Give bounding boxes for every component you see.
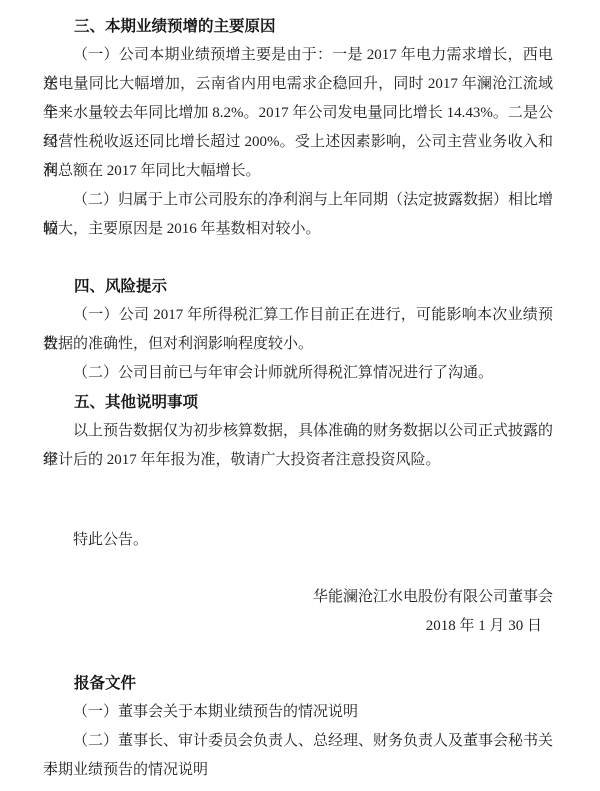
section4-paragraph2-line: （二）公司目前已与年审会计师就所得税汇算情况进行了沟通。 bbox=[43, 359, 553, 388]
section4-paragraph1-line: 数据的准确性，但对利润影响程度较小。 bbox=[43, 330, 553, 359]
section5-paragraph1-line: 审计后的 2017 年年报为准，敬请广大投资者注意投资风险。 bbox=[43, 446, 553, 475]
signature-date: 2018 年 1 月 30 日 bbox=[43, 612, 553, 641]
section4-paragraph1-line: （一）公司 2017 年所得税汇算工作目前正在进行，可能影响本次业绩预告 bbox=[43, 301, 553, 330]
section3-paragraph1-line: 送电量同比大幅增加，云南省内用电需求企稳回升，同时 2017 年澜沧江流域全 bbox=[43, 70, 553, 99]
section3-paragraph1-line: 年来水量较去年同比增加 8.2%。2017 年公司发电量同比增长 14.43%。… bbox=[43, 99, 553, 128]
closing-statement: 特此公告。 bbox=[43, 526, 553, 555]
section4-heading: 四、风险提示 bbox=[43, 272, 553, 301]
section3-paragraph1-line: 润总额在 2017 年同比大幅增长。 bbox=[43, 157, 553, 186]
section3-paragraph2-line: 较大，主要原因是 2016 年基数相对较小。 bbox=[43, 215, 553, 244]
attachment-item: （二）董事长、审计委员会负责人、总经理、财务负责人及董事会秘书关于 bbox=[43, 727, 553, 756]
announcement-page: 三、本期业绩预增的主要原因 （一）公司本期业绩预增主要是由于：一是 2017 年… bbox=[0, 0, 600, 791]
attachments-heading: 报备文件 bbox=[43, 669, 553, 698]
section3-heading: 三、本期业绩预增的主要原因 bbox=[43, 12, 553, 41]
signature-company: 华能澜沧江水电股份有限公司董事会 bbox=[43, 583, 553, 612]
section3-paragraph1-line: （一）公司本期业绩预增主要是由于：一是 2017 年电力需求增长，西电东 bbox=[43, 41, 553, 70]
section5-paragraph1-line: 以上预告数据仅为初步核算数据，具体准确的财务数据以公司正式披露的经 bbox=[43, 417, 553, 446]
section3-paragraph2-line: （二）归属于上市公司股东的净利润与上年同期（法定披露数据）相比增幅 bbox=[43, 186, 553, 215]
attachment-item: （一）董事会关于本期业绩预告的情况说明 bbox=[43, 698, 553, 727]
section3-paragraph1-line: 经营性税收返还同比增长超过 200%。受上述因素影响，公司主营业务收入和利 bbox=[43, 128, 553, 157]
section5-heading: 五、其他说明事项 bbox=[43, 388, 553, 417]
attachment-item: 本期业绩预告的情况说明 bbox=[43, 756, 553, 785]
